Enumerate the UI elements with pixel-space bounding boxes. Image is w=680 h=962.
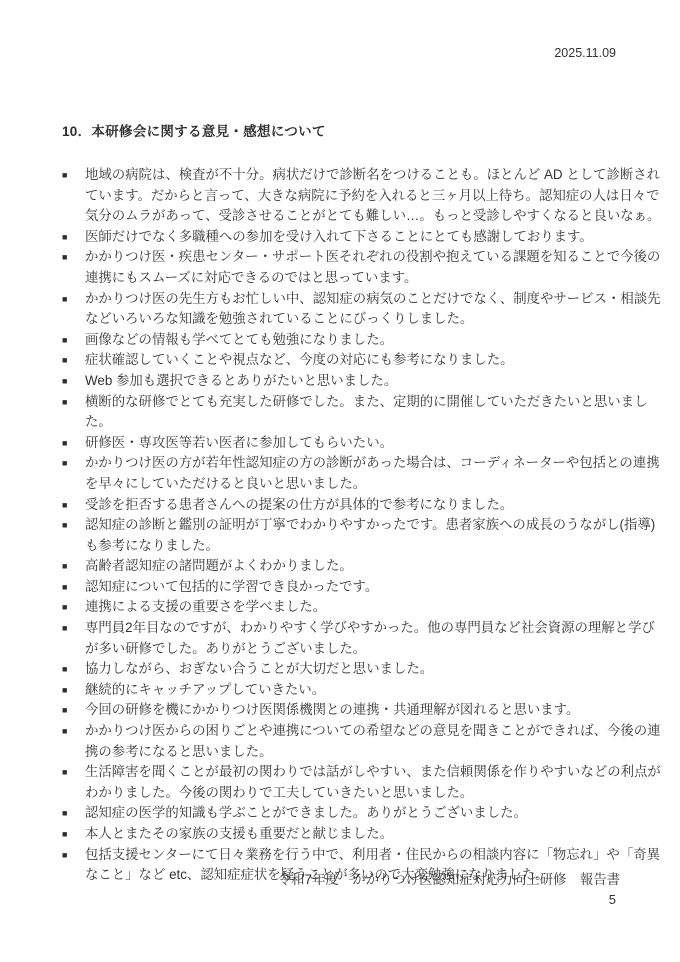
comment-text: 今回の研修を機にかかりつけ医関係機関との連携・共通理解が図れると思います。 <box>85 700 663 721</box>
comment-text: かかりつけ医の方が若年性認知症の方の診断があった場合は、コーディネーターや包括と… <box>85 453 663 494</box>
comments-list: ■地域の病院は、検査が不十分。病状だけで診断名をつけることも。ほとんど AD と… <box>62 165 663 886</box>
comment-item: ■医師だけでなく多職種への参加を受け入れて下さることにとても感謝しております。 <box>62 227 663 248</box>
comment-item: ■認知症について包括的に学習でき良かったです。 <box>62 577 663 598</box>
comment-text: 画像などの情報も学べてとても勉強になりました。 <box>85 330 663 351</box>
bullet-square-icon: ■ <box>62 845 85 866</box>
comment-text: 生活障害を聞くことが最初の関わりでは話がしやすい、また信頼関係を作りやすいなどの… <box>85 762 663 803</box>
comment-item: ■横断的な研修でとても充実した研修でした。また、定期的に開催していただきたいと思… <box>62 392 663 433</box>
report-page: 2025.11.09 10．本研修会に関する意見・感想について ■地域の病院は、… <box>0 0 680 962</box>
page-number: 5 <box>278 890 616 909</box>
comment-text: 継続的にキャッチアップしていきたい。 <box>85 680 663 701</box>
comment-text: 協力しながら、おぎない合うことが大切だと思いました。 <box>85 659 663 680</box>
comment-item: ■高齢者認知症の諸問題がよくわかりました。 <box>62 556 663 577</box>
comment-item: ■継続的にキャッチアップしていきたい。 <box>62 680 663 701</box>
bullet-square-icon: ■ <box>62 165 85 186</box>
comment-text: 研修医・専攻医等若い医者に参加してもらいたい。 <box>85 433 663 454</box>
comment-text: Web 参加も選択できるとありがたいと思いました。 <box>85 371 663 392</box>
comment-item: ■受診を拒否する患者さんへの提案の仕方が具体的で参考になりました。 <box>62 495 663 516</box>
bullet-square-icon: ■ <box>62 392 85 413</box>
bullet-square-icon: ■ <box>62 371 85 392</box>
comment-item: ■本人とまたその家族の支援も重要だと献じました。 <box>62 824 663 845</box>
document-date: 2025.11.09 <box>554 46 616 60</box>
page-footer: 令和7年度 かかりつけ医認知症対応力向上研修 報告書 5 <box>278 870 620 909</box>
bullet-square-icon: ■ <box>62 227 85 248</box>
section-heading: 10．本研修会に関する意見・感想について <box>62 120 326 140</box>
comment-item: ■Web 参加も選択できるとありがたいと思いました。 <box>62 371 663 392</box>
comment-item: ■今回の研修を機にかかりつけ医関係機関との連携・共通理解が図れると思います。 <box>62 700 663 721</box>
bullet-square-icon: ■ <box>62 618 85 639</box>
comment-item: ■かかりつけ医の先生方もお忙しい中、認知症の病気のことだけでなく、制度やサービス… <box>62 289 663 330</box>
bullet-square-icon: ■ <box>62 289 85 310</box>
comment-item: ■専門員2年目なのですが、わかりやすく学びやすかった。他の専門員など社会資源の理… <box>62 618 663 659</box>
bullet-square-icon: ■ <box>62 495 85 516</box>
comment-text: 医師だけでなく多職種への参加を受け入れて下さることにとても感謝しております。 <box>85 227 663 248</box>
comment-item: ■連携による支援の重要さを学べました。 <box>62 597 663 618</box>
comment-item: ■協力しながら、おぎない合うことが大切だと思いました。 <box>62 659 663 680</box>
comment-item: ■研修医・専攻医等若い医者に参加してもらいたい。 <box>62 433 663 454</box>
bullet-square-icon: ■ <box>62 680 85 701</box>
bullet-square-icon: ■ <box>62 556 85 577</box>
bullet-square-icon: ■ <box>62 577 85 598</box>
comment-item: ■認知症の医学的知識も学ぶことができました。ありがとうございました。 <box>62 803 663 824</box>
bullet-square-icon: ■ <box>62 721 85 742</box>
bullet-square-icon: ■ <box>62 824 85 845</box>
comment-text: かかりつけ医・疾患センター・サポート医それぞれの役割や抱えている課題を知ることで… <box>85 247 663 288</box>
comment-item: ■症状確認していくことや視点など、今度の対応にも参考になりました。 <box>62 350 663 371</box>
bullet-square-icon: ■ <box>62 597 85 618</box>
bullet-square-icon: ■ <box>62 330 85 351</box>
bullet-square-icon: ■ <box>62 700 85 721</box>
comment-item: ■地域の病院は、検査が不十分。病状だけで診断名をつけることも。ほとんど AD と… <box>62 165 663 227</box>
bullet-square-icon: ■ <box>62 453 85 474</box>
bullet-square-icon: ■ <box>62 659 85 680</box>
comment-text: 連携による支援の重要さを学べました。 <box>85 597 663 618</box>
bullet-square-icon: ■ <box>62 433 85 454</box>
report-title: 令和7年度 かかりつけ医認知症対応力向上研修 報告書 <box>278 870 620 889</box>
bullet-square-icon: ■ <box>62 762 85 783</box>
comment-text: かかりつけ医からの困りごとや連携についての希望などの意見を聞きことができれば、今… <box>85 721 663 762</box>
comment-item: ■認知症の診断と鑑別の証明が丁寧でわかりやすかったです。患者家族への成長のうなが… <box>62 515 663 556</box>
comment-text: 認知症の診断と鑑別の証明が丁寧でわかりやすかったです。患者家族への成長のうながし… <box>85 515 663 556</box>
comment-item: ■かかりつけ医・疾患センター・サポート医それぞれの役割や抱えている課題を知ること… <box>62 247 663 288</box>
comment-text: 認知症の医学的知識も学ぶことができました。ありがとうございました。 <box>85 803 663 824</box>
bullet-square-icon: ■ <box>62 515 85 536</box>
comment-text: 地域の病院は、検査が不十分。病状だけで診断名をつけることも。ほとんど AD とし… <box>85 165 663 227</box>
bullet-square-icon: ■ <box>62 803 85 824</box>
comment-text: 本人とまたその家族の支援も重要だと献じました。 <box>85 824 663 845</box>
comment-item: ■画像などの情報も学べてとても勉強になりました。 <box>62 330 663 351</box>
bullet-square-icon: ■ <box>62 247 85 268</box>
comment-text: 受診を拒否する患者さんへの提案の仕方が具体的で参考になりました。 <box>85 495 663 516</box>
comment-item: ■生活障害を聞くことが最初の関わりでは話がしやすい、また信頼関係を作りやすいなど… <box>62 762 663 803</box>
comment-text: 症状確認していくことや視点など、今度の対応にも参考になりました。 <box>85 350 663 371</box>
comment-text: 横断的な研修でとても充実した研修でした。また、定期的に開催していただきたいと思い… <box>85 392 663 433</box>
comment-item: ■かかりつけ医の方が若年性認知症の方の診断があった場合は、コーディネーターや包括… <box>62 453 663 494</box>
comment-item: ■かかりつけ医からの困りごとや連携についての希望などの意見を聞きことができれば、… <box>62 721 663 762</box>
comment-text: かかりつけ医の先生方もお忙しい中、認知症の病気のことだけでなく、制度やサービス・… <box>85 289 663 330</box>
comment-text: 専門員2年目なのですが、わかりやすく学びやすかった。他の専門員など社会資源の理解… <box>85 618 663 659</box>
bullet-square-icon: ■ <box>62 350 85 371</box>
comment-text: 認知症について包括的に学習でき良かったです。 <box>85 577 663 598</box>
comment-text: 高齢者認知症の諸問題がよくわかりました。 <box>85 556 663 577</box>
